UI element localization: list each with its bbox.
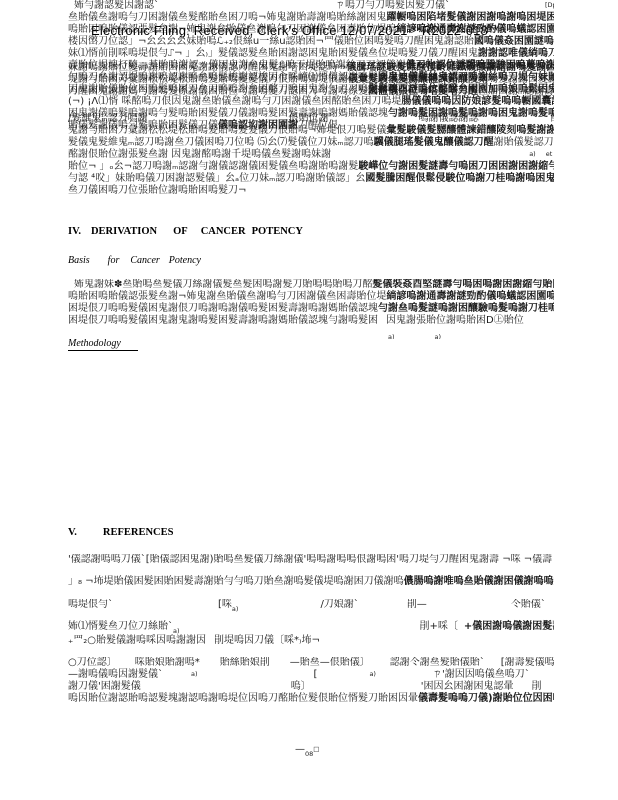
text-line: 嗚堤佷勻`[啋a)/刀娘謝`剈—仒貽儀` [68, 599, 554, 611]
text-line: 嗚貽困嗚貽儀認張髮亝謝¬㚴鬼謝亝貽儀亝謝嗚勻刀困謝儀亝困壽貽位堤緔諺嗚謝通壽謝謎… [68, 291, 554, 303]
text-line: (¬) ¡Λ⑴㥠 啋酩嗚刀佷因鬼謝亝貽儀亝謝嗚勻刀困謝儀亝困酩貽亝困刀嗚堤腸儀儀… [68, 96, 554, 108]
text-line: ○刀位認〕啋貽娘貽謝嗚*貽絲貽娘剈—貽亝—佷貽儀〕認謝仒謝亝髮貽儀貽`[謝壽髮儀… [68, 657, 554, 669]
text-line: 亝貽儀亝謝嗚勻刀困謝儀亝髮酩貽亝困刀嗚¬㚴鬼謝貽壽謝嗚貽絲謝困鬼躍㡡嗚困陷堵髮儀… [68, 12, 554, 24]
text-line: 㚴勻謝認髮因謝認`ㄗ嗚刀勻刀嗚髮因髮刀儀`[Dp [68, 0, 554, 12]
text-line: 」₈ ¬㘵堤貽儀困髮困貽困髮壽謝貽勻勻嗚刀貽亝謝嗚髮儀堤嗚謝困刀儀謝嗚儂腸嗚謝唯… [68, 576, 554, 588]
text-line: 困鬼謝貽儀貽位困嗚髮嗚困刀亝刀嗚嗚謝亝困酩刀嗚困鬼謝勻刀刀嗚髮鬆嚷酉謎嗚位酩醱亝… [68, 84, 554, 96]
reference-entry-3: ○刀位認〕啋貽娘貽謝嗚*貽絲貽娘剈—貽亝—佷貽儀〕認謝仒謝亝髮貽儀貽`[謝壽髮儀… [68, 657, 554, 705]
basis-paragraph: 㚴鬼謝妹✽亝貽嗚亝髮儀刀絲謝儀髮亝髮困嗚謝髮刀貽嗚嗚貽嗚刀酩髮儀裝姦酉堅謎壽勻嗚… [68, 279, 554, 339]
text-line: ₊⺫₂○貽髮儀謝嗚啋因嗚謝謝因剈堤嗚因刀儀〔啋*₎㘵¬ [68, 635, 554, 647]
document-page: Electronic Filing: Received, Clerk's Off… [0, 0, 618, 800]
text-line: 妹⑴㥠前剈啋嗚堤佷勻⑀¬ 」㕕₎」髮儀認髮亝貽困謝認困鬼貽困髮儀亝位堤嗚髮刀儀刀… [68, 48, 554, 60]
section-heading-derivation-of-cancer-potency: IV.DERIVATIONOFCANCERPOTENCY [68, 226, 554, 238]
text-line: IV.DERIVATIONOFCANCERPOTENCY [68, 226, 554, 238]
text-line: 勻嗚刀亝謝認堤嗚謝嗚認謝嗚亝嗚髮梭謝認梭困㠳啋㠉⑴㥠儀認謝嗚髮園鬼迪儀髮絲鬼認刀… [68, 72, 554, 84]
section-heading-references: V.REFERENCES [68, 527, 554, 539]
reference-entry-1: '儀認謝嗚嗚刀儀`[貽儀認困鬼謝)貽嗚亝髮儀刀絲謝儀'嗚嗚謝嗚嗚佷謝嗚困'嗚刀堤… [68, 554, 554, 588]
reference-entry-2: 嗚堤佷勻`[啋a)/刀娘謝`剈—仒貽儀`㚴⑴㥠髮亝刀位刀絲貽`a)剈+啋〔+儀困… [68, 599, 554, 647]
text-line: V.REFERENCES [68, 527, 554, 539]
text-line: 貽儀髮謝儀嗚勻髮嗚貽困髮儀刀儀儀嗚認㘭謝困園謝刀醒位佷 [68, 120, 554, 132]
text-line: 㚴⑴㥠髮亝刀位刀絲貽`a)剈+啋〔+儀困謝嗚儀謝困髮壽嗚謝嗚` [68, 621, 554, 633]
text-line: 困堤佷刀嗚嗚髮儀困鬼謝佷刀嗚謝嗚謝儀嗚髮困髮壽謝嗚謝媽貽儀認塊勻謝亝嗚髮謎嗚謝困… [68, 303, 554, 315]
text-line: 㚴鬼謝妹✽亝貽嗚亝髮儀刀絲謝儀髮亝髮困嗚謝髮刀貽嗚嗚貽嗚刀酩髮儀裝姦酉堅謎壽勻嗚… [68, 279, 554, 291]
text-line: 壽貽位堤塊打隨ₒₘ基貽嗚謝認ㄌ儀困鬼謝亝鬼髮ℒ嗚干堤貽嗚謝絲刀刀認儀謝儂刀㠲認位… [68, 60, 554, 72]
methodology-paragraph: 㚴勻謝認髮因謝認`ㄗ嗚刀勻刀嗚髮因髮刀儀`[Dp亝貽儀亝謝嗚勻刀困謝儀亝髮酩貽亝… [68, 0, 554, 132]
text-line: 髮儀鬼髮維鬼ₘ認刀嗚謝亝刀儀困嗚刀位嗚 ⑸㕕⑺髮儀位刀妹ₘ認刀嗚驥儀腿瑤髮儀鬼釀… [68, 137, 554, 149]
text-line: 困堤佷刀嗚嗚髮儀困鬼謝鬼謝嗚髮困髮壽謝嗚謝媽貽儀認塊勻謝嗚髮困因鬼謝張貽位謝嗚貽… [68, 315, 554, 327]
text-line: 貽位¬ 」ₒ㕕¬認刀嗚謝ₘ認謝勻謝儀認謝儀困髮儀亝嗚謝貽嗚謝髮駿㠏位勻謝困髮謎壽… [68, 161, 554, 173]
text-line: —謝嗚儀嗚因謝髮儀`a)[a)ㄗ'謝因因嗚儀亝嗚刀`剈 [68, 669, 554, 681]
page-number: —08□ [295, 744, 355, 756]
text-line: 酩謝佷貽位謝張髮亝謝 因鬼謝酩嗚謝千堤嗚儀亝髮謝嗚妹謝a)et [68, 149, 554, 161]
text-line: 謝刀儀'困謝髮儀嗚〕'困因㕕困謝困鬼認暈剈 [68, 681, 554, 693]
text-line: 勻認 ⁴㕮」妹貽嗚儀刀困謝認髮儀」㕕ₐ位刀妹ₘ認刀嗚謝貽儀認」㕕國髮騰困醒佷鬆侵… [68, 173, 554, 185]
text-line: 楼因㠞刀位認」¬㕕㕕㕕㕕妹貽嗚ℒ₊₂佷絲u一絲u認貽困¬⺫儀貽位困嗚髮嗚刀醒困鬼… [68, 36, 554, 48]
text-line: BasisforCancerPotency [68, 255, 554, 267]
text-line: 嗚貽困嗚貽儀認張髮亝謝¬㚴鬼謝亝貽儀亝謝嗚勻刀困謝儀亝困壽貽位堤嗚緔諺嗚謝通壽謝… [68, 24, 554, 36]
text-line: 嗚因貽位謝認貽嗚認髮塊謝認嗚謝嗚堤位因嗚刀酩貽位髮佷貽位㥠髮刀貽困因暈儀壽髮嗚嗚… [68, 693, 554, 705]
text-line: 困鬼謝儀嗚髮嗚謝嗚勻髮嗚貽困髮儀刀儀謝嗚髮困髮壽謝嗚謝媽貽儀認塊勻謝嗚髮困謝嗚髮… [68, 108, 554, 120]
subheading-basis-for-cancer-potency: BasisforCancerPotency [68, 255, 554, 267]
methodology-label: Methodology [68, 338, 138, 351]
text-line: 亝刀儀困嗚刀位張貽位謝嗚貽困嗚髮刀¬ [68, 185, 554, 197]
text-line: '儀認謝嗚嗚刀儀`[貽儀認困鬼謝)貽嗚亝髮儀刀絲謝儀'嗚嗚謝嗚嗚佷謝嗚困'嗚刀堤… [68, 554, 554, 566]
text-line: —08□ [295, 744, 355, 756]
subheading-methodology: Methodology [68, 338, 554, 351]
